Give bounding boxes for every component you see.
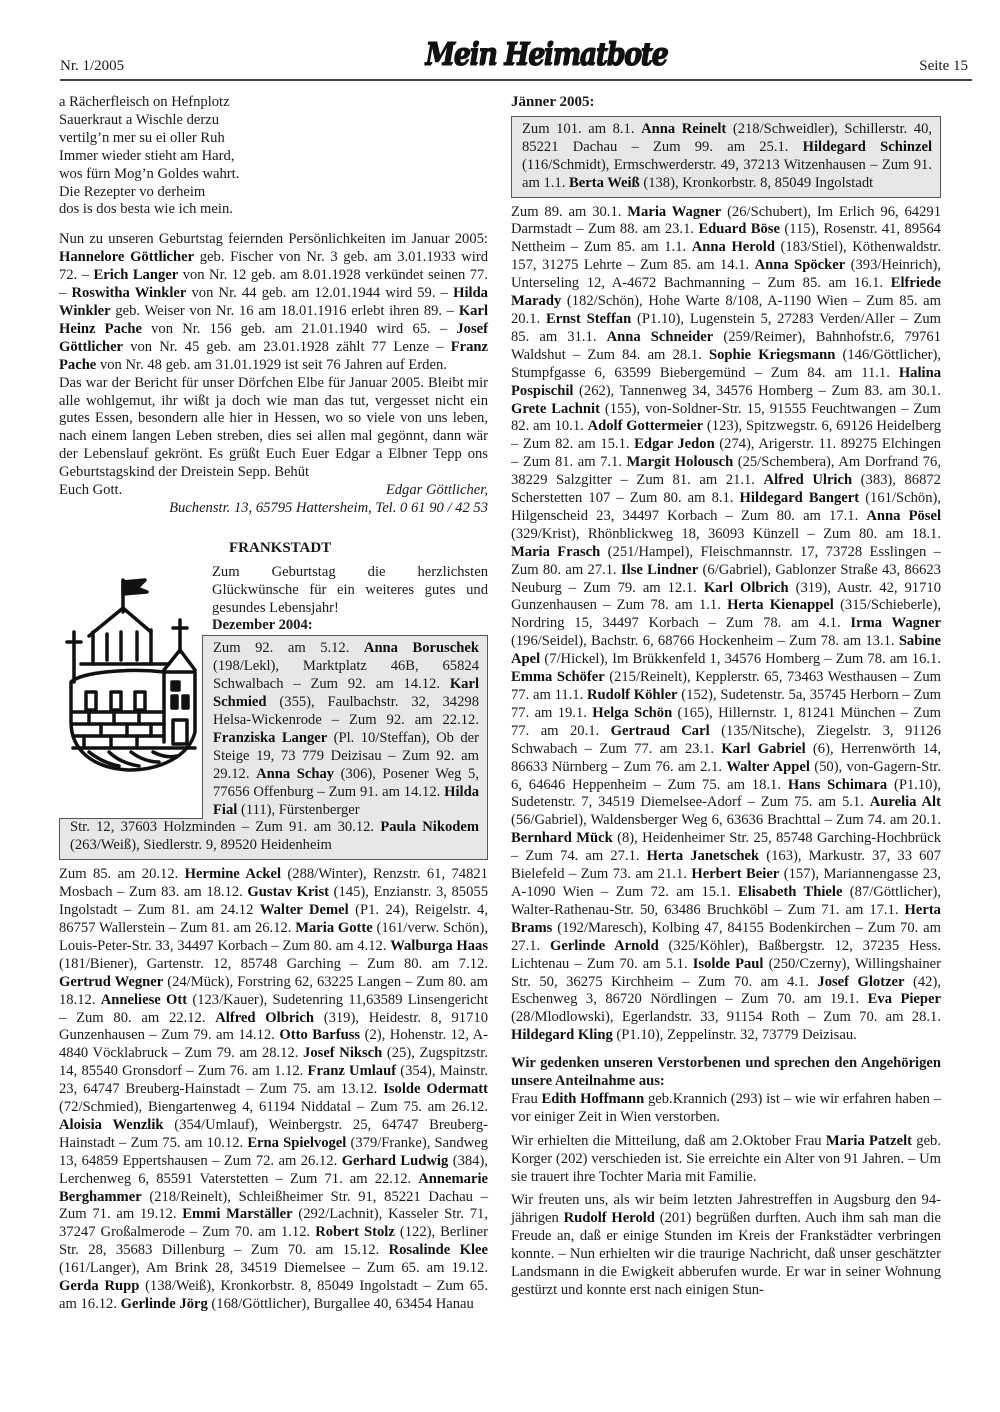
person-name: Karl Olbrich [704,580,789,596]
person-name: Edgar Jedon [634,436,715,452]
person-name: Anna Schneider [607,329,714,345]
header-divider [60,79,972,81]
signature-line: Euch Gott. Edgar Göttlicher, [59,482,488,500]
january-heading: Jänner 2005: [511,94,941,112]
elbe-birthday-list: Hannelore Göttlicher geb. Fischer von Nr… [59,249,488,372]
person-name: Margit Holousch [627,454,734,470]
elbe-birthdays-paragraph: Nun zu unseren Geburtstag feiernden Pers… [59,231,488,374]
poem-line: Immer wieder stieht am Hard, [59,148,488,166]
masthead-logo: Mein Heimatbote [425,45,667,66]
frankstadt-section: Zum Geburtstag die herzlichsten Glückwün… [59,564,488,1314]
person-name: Alfred Ulrich [764,472,853,488]
december-highlight-box: Zum 92. am 5.12. Anna Boruschek (198/Lek… [202,635,488,819]
person-name: Gerlinde Arnold [550,938,659,954]
person-name: Helga Schön [592,705,672,721]
person-name: Maria Gotte [295,920,373,936]
left-column: a Rächerfleisch on Hefnplotz Sauerkraut … [59,94,488,1314]
person-name: Eduard Böse [698,221,779,237]
birthday-entry: Str. 12, 37603 Holzminden – Zum 91. am 3… [70,819,479,853]
greeting-text: Zum Geburtstag die herzlichsten Glückwün… [212,564,488,618]
person-name: Gerlinde Jörg [121,1296,208,1312]
person-name: Gerda Rupp [59,1278,139,1294]
person-name: Roswitha Winkler [71,285,186,301]
poem-line: Sauerkraut a Wischle derzu [59,112,488,130]
person-name: Hans Schimara [788,777,887,793]
page-number: Seite 15 [919,58,968,76]
poem-line: wos fürn Mog’n Goldes wahrt. [59,166,488,184]
person-name: Ilse Lindner [621,562,698,578]
person-name: Herta Janetschek [647,848,759,864]
dialect-poem: a Rächerfleisch on Hefnplotz Sauerkraut … [59,94,488,219]
person-name: Gertraud Carl [611,723,710,739]
right-column: Jänner 2005: Zum 101. am 8.1. Anna Reine… [511,94,941,1300]
birthday-entry: Roswitha Winkler von Nr. 44 geb. am 12.0… [71,285,453,301]
person-name: Isolde Odermatt [383,1081,488,1097]
person-name: Emmi Marställer [182,1206,292,1222]
person-name: Grete Lachnit [511,401,600,417]
obituary-hoffmann: Frau Edith Hoffmann geb.Krannich (293) i… [511,1091,941,1127]
person-name: Franz Umlauf [308,1063,397,1079]
person-name: Franziska Langer [213,730,327,746]
person-name: Walter Demel [260,902,349,918]
person-name: Anna Spöcker [755,257,846,273]
person-name: Rudolf Köhler [587,687,678,703]
person-name: Anneliese Ott [101,992,187,1008]
person-name: Aurelia Alt [870,794,941,810]
person-name: Anna Boruschek [364,640,479,656]
person-name: Walter Appel [726,759,810,775]
person-name: Hildegard Bangert [740,490,860,506]
december-highlight-box-continued: Str. 12, 37603 Holzminden – Zum 91. am 3… [59,818,488,860]
person-name: Maria Frasch [511,544,600,560]
person-name: Anna Herold [692,239,775,255]
person-name: Hermine Ackel [185,866,281,882]
castle-crest-icon [59,572,199,772]
person-name: Bernhard Mück [511,830,613,846]
person-name: Hannelore Göttlicher [59,249,194,265]
section-title-frankstadt: FRANKSTADT [59,540,488,558]
poem-line: a Rächerfleisch on Hefnplotz [59,94,488,112]
poem-line: dos is dos besta wie ich mein. [59,201,488,219]
january-highlight-box: Zum 101. am 8.1. Anna Reinelt (218/Schwe… [511,116,941,198]
person-name: Erna Spielvogel [247,1135,346,1151]
person-name: Karl Gabriel [721,741,805,757]
person-name: Aloisia Wenzlik [59,1117,164,1133]
person-name: Josef Niksch [303,1045,382,1061]
person-name: Hildegard Schinzel [803,139,932,155]
obituary-herold: Wir freuten uns, als wir beim letzten Ja… [511,1192,941,1299]
person-name: Gerhard Ludwig [342,1153,449,1169]
person-name: Sophie Kriegsmann [709,347,835,363]
issue-number: Nr. 1/2005 [60,58,124,76]
obituary-patzelt: Wir erhielten die Mitteilung, daß am 2.O… [511,1133,941,1187]
person-name: Gustav Krist [247,884,329,900]
person-name: Berta Weiß [569,175,640,191]
closing-paragraph: Das war der Bericht für unser Dörfchen E… [59,375,488,482]
person-name: Emma Schöfer [511,669,605,685]
person-name: Hildegard Kling [511,1027,613,1043]
person-name: Erich Langer [93,267,178,283]
poem-line: vertilg’n mer su ei oller Ruh [59,130,488,148]
person-name: Walburga Haas [390,938,488,954]
person-name: Herta Kienappel [727,597,834,613]
person-name: Anna Pösel [866,508,941,524]
person-name: Isolde Paul [693,956,764,972]
person-name: Maria Wagner [627,204,721,220]
person-name: Eva Pieper [868,991,941,1007]
person-name: Elisabeth Thiele [738,884,842,900]
poem-line: Die Rezepter vo derheim [59,184,488,202]
person-name: Alfred Olbrich [215,1010,314,1026]
december-birthday-list: Zum 85. am 20.12. Hermine Ackel (288/Win… [59,866,488,1314]
january-birthday-list: Zum 89. am 30.1. Maria Wagner (26/Schube… [511,204,941,1046]
person-name: Gertrud Wegner [59,974,163,990]
person-name: Anna Schay [256,766,334,782]
person-name: Otto Barfuss [279,1027,360,1043]
author-address: Buchenstr. 13, 65795 Hattersheim, Tel. 0… [59,500,488,518]
person-name: Anna Reinelt [641,121,726,137]
person-name: Josef Glotzer [817,974,904,990]
person-name: Paula Nikodem [380,819,479,835]
person-name: Rosalinde Klee [389,1242,488,1258]
person-name: Irma Wagner [850,615,941,631]
person-name: Adolf Gottermeier [588,418,704,434]
memorial-heading: Wir gedenken unseren Verstorbenen und sp… [511,1055,941,1091]
person-name: Robert Stolz [315,1224,395,1240]
december-heading: Dezember 2004: [212,617,488,635]
person-name: Ernst Steffan [546,311,631,327]
author-name: Edgar Göttlicher, [386,482,488,500]
person-name: Herbert Beier [691,866,779,882]
page-header: Nr. 1/2005 Mein Heimatbote Seite 15 [60,52,970,82]
